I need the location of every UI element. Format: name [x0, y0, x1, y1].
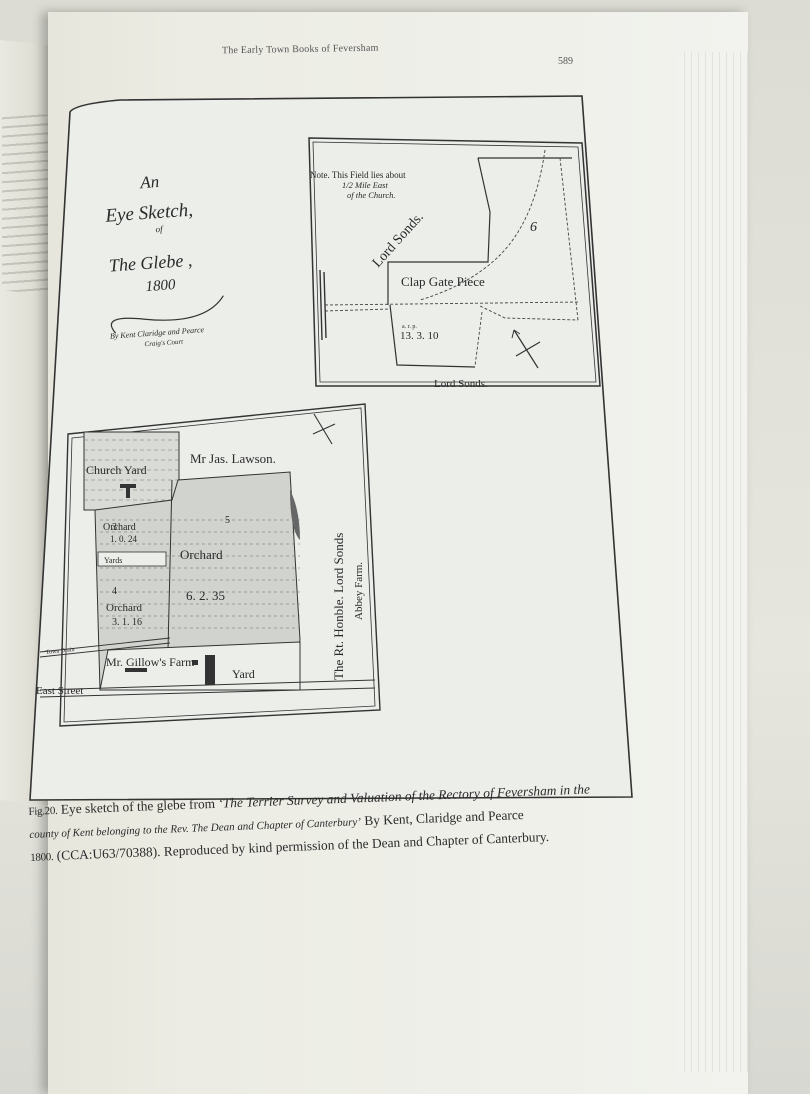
- svg-text:Orchard: Orchard: [103, 522, 136, 533]
- svg-text:4: 4: [112, 586, 117, 597]
- svg-text:Orchard: Orchard: [106, 602, 143, 614]
- svg-text:Church Yard: Church Yard: [86, 463, 147, 477]
- svg-text:6. 2. 35: 6. 2. 35: [186, 588, 225, 603]
- svg-text:East Street: East Street: [36, 685, 83, 697]
- caption-authors: By Kent, Claridge and Pearce: [361, 807, 524, 828]
- svg-text:The Rt. Honble. Lord Sonds: The Rt. Honble. Lord Sonds: [331, 533, 346, 680]
- svg-text:Mr Jas. Lawson.: Mr Jas. Lawson.: [190, 451, 276, 466]
- svg-text:1800: 1800: [145, 277, 177, 295]
- svg-text:Yards: Yards: [104, 556, 122, 565]
- caption-year: 1800.: [30, 851, 54, 864]
- svg-text:An: An: [139, 172, 160, 192]
- svg-text:Note. This Field lies about: Note. This Field lies about: [310, 170, 406, 180]
- svg-text:5: 5: [225, 515, 230, 526]
- caption-text: Eye sketch of the glebe from: [57, 796, 218, 817]
- svg-text:Yard: Yard: [232, 667, 255, 681]
- figure-glebe-map: An Eye Sketch, of The Glebe , 1800 By Ke…: [0, 0, 810, 810]
- svg-text:Mr. Gillow's Farm: Mr. Gillow's Farm: [106, 655, 195, 669]
- svg-text:13. 3. 10: 13. 3. 10: [400, 330, 439, 342]
- svg-text:Abbey Farm.: Abbey Farm.: [353, 562, 365, 620]
- svg-text:of the Church.: of the Church.: [347, 190, 396, 200]
- svg-text:3. 1. 16: 3. 1. 16: [112, 617, 142, 628]
- svg-text:6: 6: [530, 220, 537, 235]
- figure-label: Fig.20.: [28, 805, 58, 818]
- svg-text:Orchard: Orchard: [180, 547, 223, 562]
- svg-text:1. 0. 24: 1. 0. 24: [110, 534, 138, 544]
- svg-text:Clap Gate Piece: Clap Gate Piece: [401, 274, 485, 289]
- svg-text:Lord Sonds.: Lord Sonds.: [434, 378, 488, 390]
- svg-text:1/2 Mile East: 1/2 Mile East: [342, 180, 388, 190]
